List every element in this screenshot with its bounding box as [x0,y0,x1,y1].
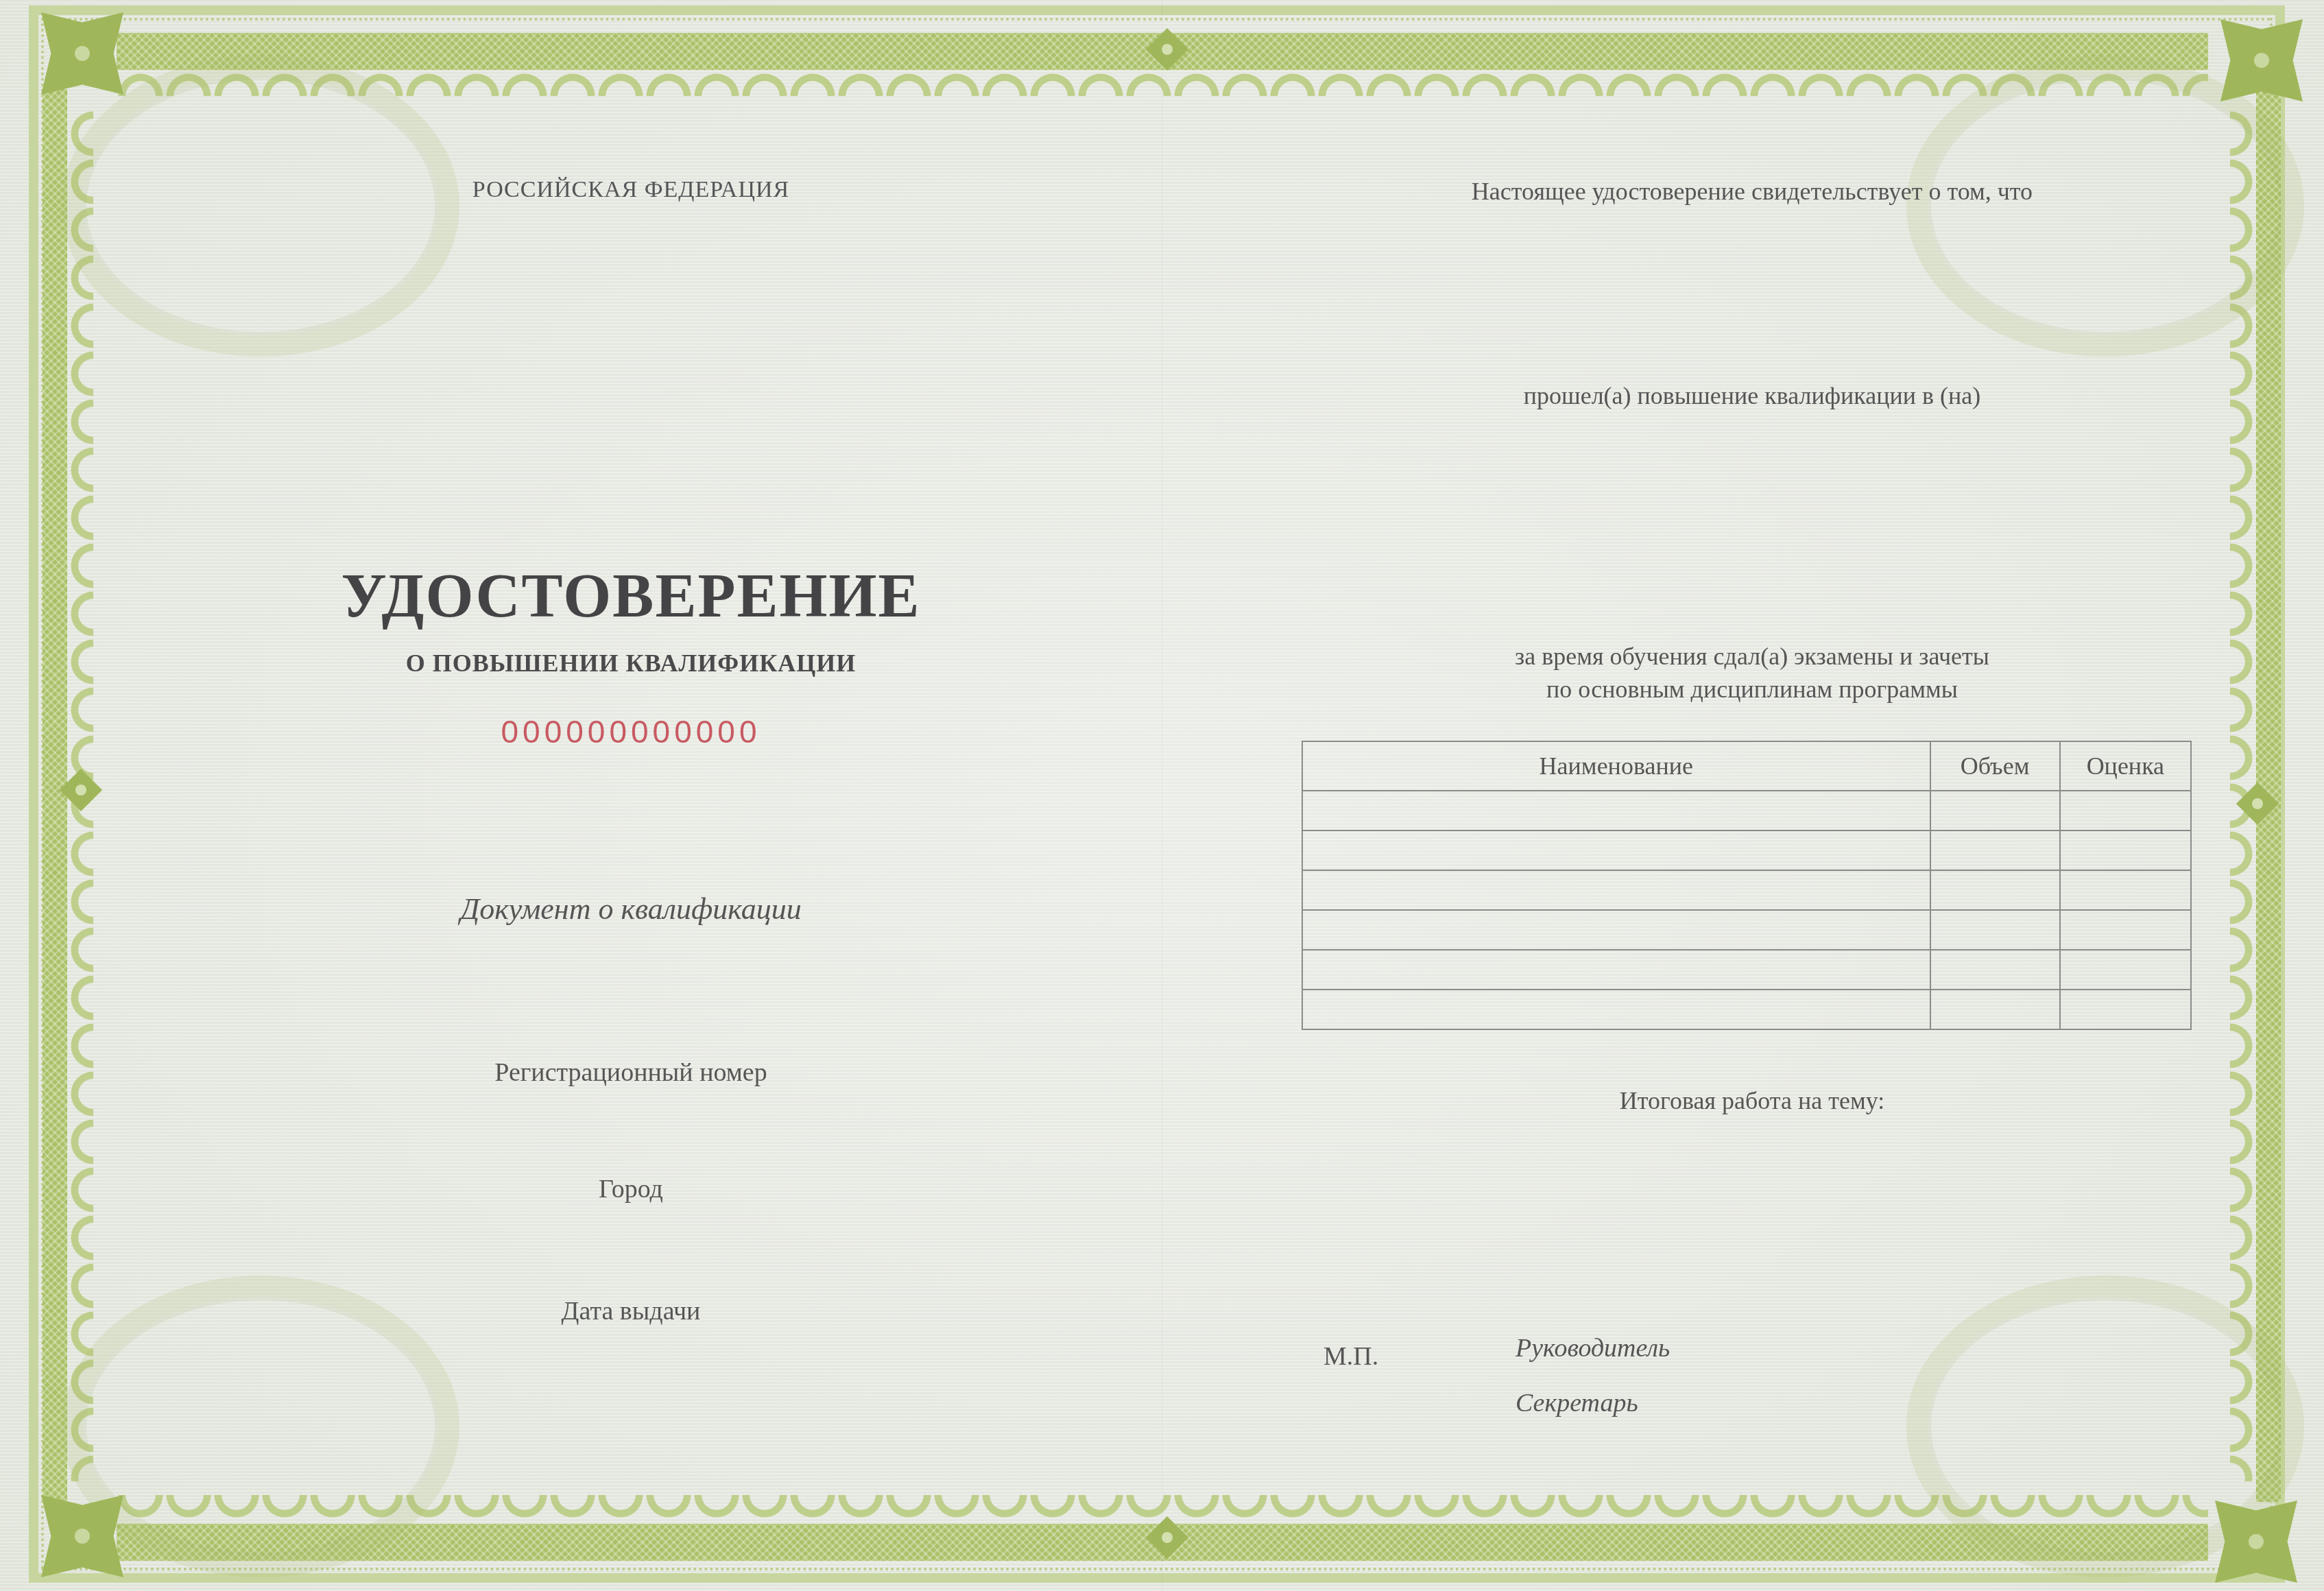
seal-placeholder-label: М.П. [1323,1341,1378,1372]
guilloche-ornament-top-left [62,55,459,357]
cell-grade [2060,990,2191,1029]
cell-volume [1930,870,2060,910]
cell-name [1302,830,1930,870]
document-kind-label: Документ о квалификации [206,892,1056,926]
table-row [1302,830,2191,870]
secretary-signature-label: Секретарь [1516,1388,1638,1418]
page-fold [1162,0,1162,1591]
cell-grade [2060,830,2191,870]
disciplines-table: Наименование Объем Оценка [1302,741,2192,1030]
certifies-text: Настоящее удостоверение свидетельствует … [1289,177,2215,206]
serial-number: 000000000000 [206,713,1056,750]
head-signature-label: Руководитель [1516,1333,1670,1363]
corner-star-icon-top-left [41,12,123,95]
cell-name [1302,910,1930,950]
final-work-label: Итоговая работа на тему: [1289,1086,2215,1115]
cell-volume [1930,990,2060,1029]
table-row [1302,950,2191,990]
exams-text-line-1: за время обучения сдал(а) экзамены и зач… [1289,642,2215,671]
cell-grade [2060,870,2191,910]
column-header-volume: Объем [1930,741,2060,791]
border-band-left [43,89,67,1502]
cell-volume [1930,950,2060,990]
document-title: УДОСТОВЕРЕНИЕ [206,561,1056,632]
corner-star-icon-top-right [2220,19,2303,101]
country-label: РОССИЙСКАЯ ФЕДЕРАЦИЯ [206,177,1056,203]
cell-volume [1930,791,2060,830]
cell-volume [1930,830,2060,870]
column-header-name: Наименование [1302,741,1930,791]
cell-name [1302,870,1930,910]
column-header-grade: Оценка [2060,741,2191,791]
border-scallop-top [117,69,2208,96]
cell-name [1302,990,1930,1029]
corner-star-icon-bottom-left [41,1495,123,1577]
corner-star-icon-bottom-right [2215,1500,2297,1583]
completed-training-text: прошел(а) повышение квалификации в (на) [1289,381,2215,410]
guilloche-ornament-top-right [1906,55,2304,357]
table-row [1302,791,2191,830]
cell-name [1302,791,1930,830]
table-row [1302,910,2191,950]
table-header-row: Наименование Объем Оценка [1302,741,2191,791]
registration-number-label: Регистрационный номер [206,1057,1056,1088]
table-row [1302,870,2191,910]
issue-date-label: Дата выдачи [206,1296,1056,1326]
city-label: Город [206,1174,1056,1204]
cell-grade [2060,910,2191,950]
cell-grade [2060,791,2191,830]
cell-grade [2060,950,2191,990]
cell-volume [1930,910,2060,950]
cell-name [1302,950,1930,990]
table-row [1302,990,2191,1029]
document-subtitle: О ПОВЫШЕНИИ КВАЛИФИКАЦИИ [206,649,1056,678]
exams-text-line-2: по основным дисциплинам программы [1289,675,2215,704]
